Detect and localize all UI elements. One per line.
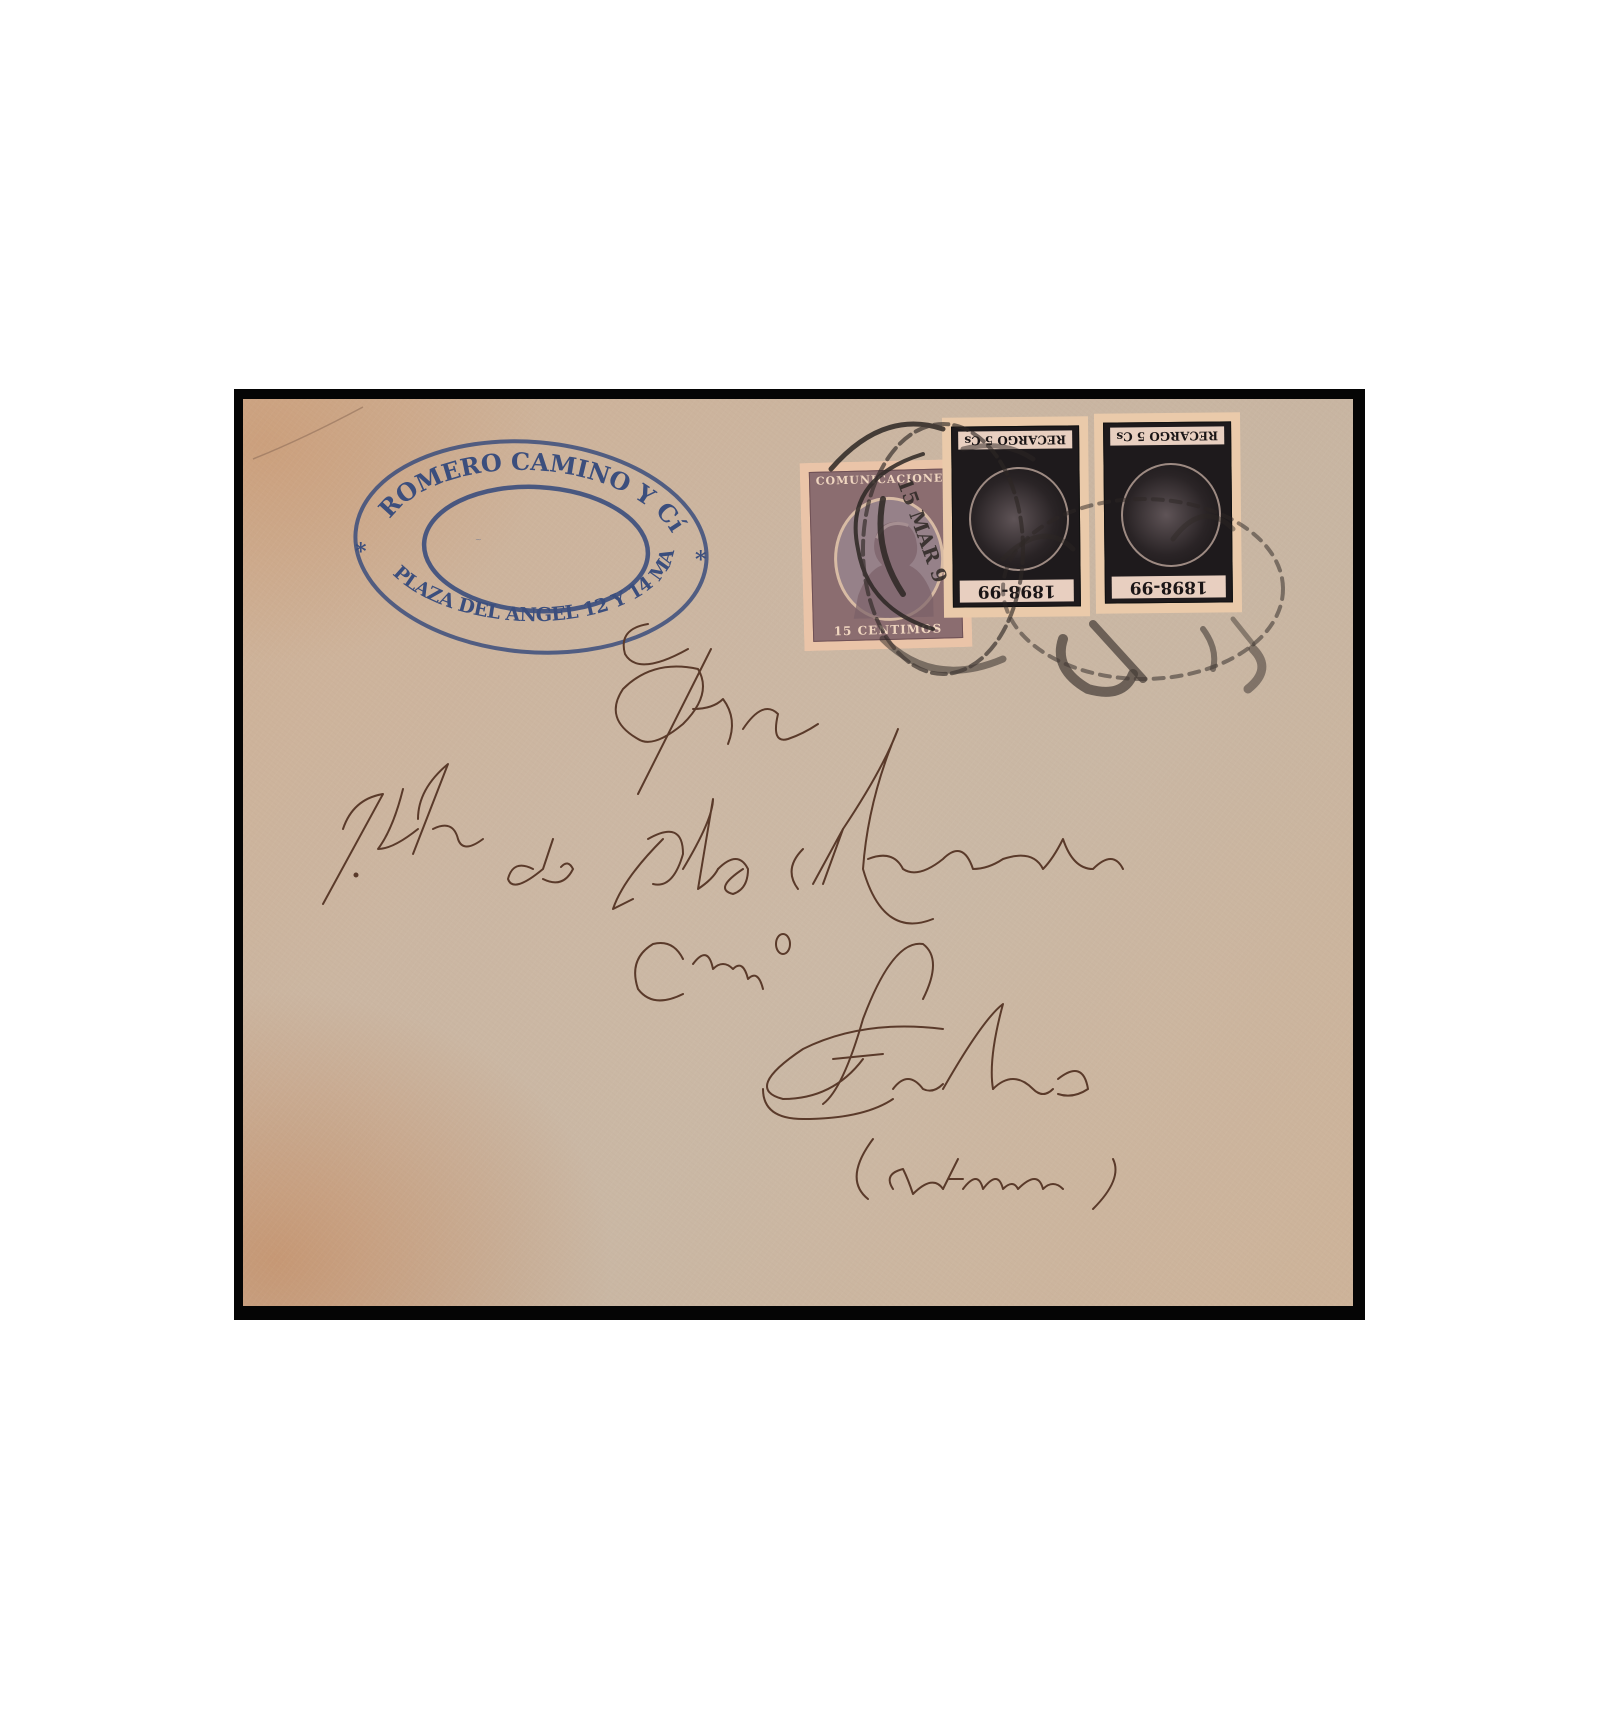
handwritten-address (243, 399, 1353, 1306)
envelope: ROMERO CAMINO Y Cía PLAZA DEL ANGEL 12 Y… (243, 399, 1353, 1306)
photo-frame: ROMERO CAMINO Y Cía PLAZA DEL ANGEL 12 Y… (234, 389, 1365, 1320)
